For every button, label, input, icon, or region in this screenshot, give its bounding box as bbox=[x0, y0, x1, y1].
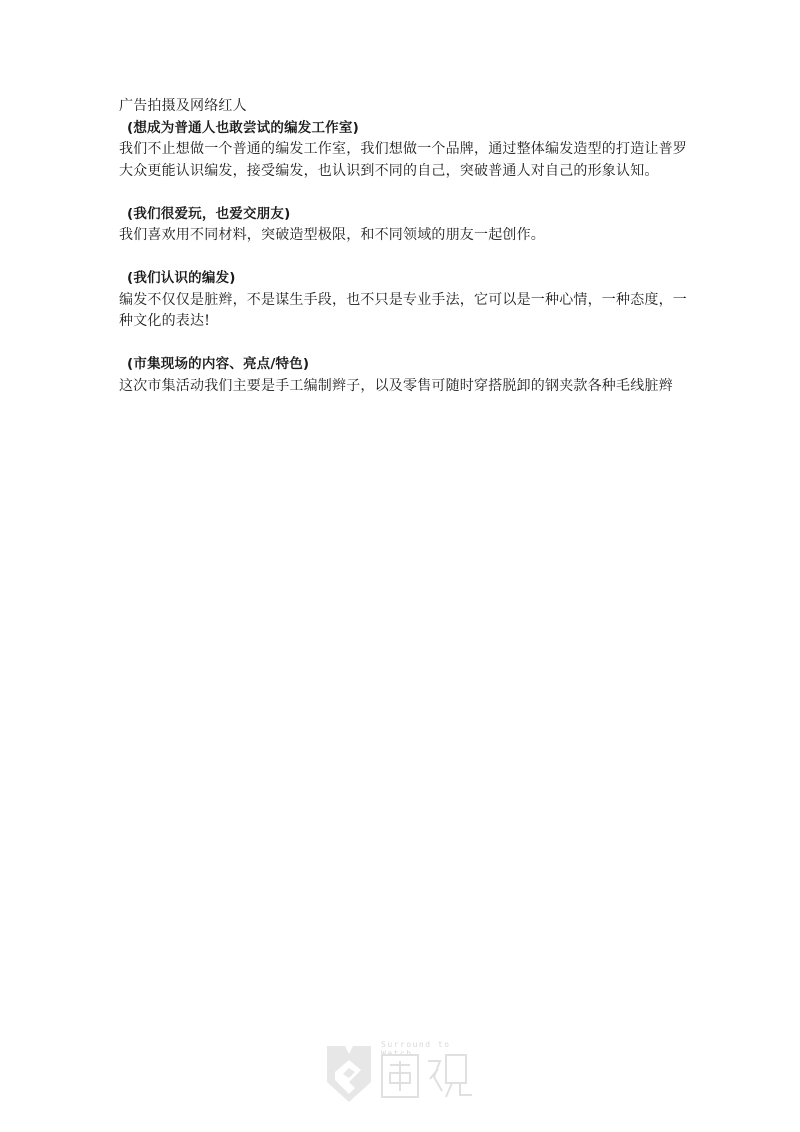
spacer bbox=[119, 333, 689, 355]
paragraph-line: 编发不仅仅是脏辫，不是谋生手段，也不只是专业手法，它可以是一种心情，一种态度，一 bbox=[119, 290, 689, 312]
section-play: (我们很爱玩，也爱交朋友) 我们喜欢用不同材料，突破造型极限，和不同领域的朋友一… bbox=[119, 204, 689, 247]
section-studio: (想成为普通人也敢尝试的编发工作室) 我们不止想做一个普通的编发工作室，我们想做… bbox=[119, 118, 689, 183]
section-heading: (市集现场的内容、亮点/特色) bbox=[119, 354, 689, 376]
section-braids: (我们认识的编发) 编发不仅仅是脏辫，不是谋生手段，也不只是专业手法，它可以是一… bbox=[119, 268, 689, 333]
paragraph-line: 这次市集活动我们主要是手工编制辫子，以及零售可随时穿搭脱卸的钢夹款各种毛线脏辫 bbox=[119, 376, 689, 398]
paragraph-line: 我们喜欢用不同材料，突破造型极限，和不同领域的朋友一起创作。 bbox=[119, 225, 689, 247]
paragraph-line: 我们不止想做一个普通的编发工作室，我们想做一个品牌，通过整体编发造型的打造让普罗 bbox=[119, 139, 689, 161]
paragraph-line: 种文化的表达! bbox=[119, 311, 689, 333]
watermark: Surround to Watch bbox=[325, 1040, 480, 1105]
paragraph-line: 大众更能认识编发，接受编发，也认识到不同的自己，突破普通人对自己的形象认知。 bbox=[119, 161, 689, 183]
spacer bbox=[119, 182, 689, 204]
spacer bbox=[119, 247, 689, 269]
watermark-chars-icon bbox=[380, 1051, 480, 1105]
document-page: 广告拍摄及网络红人 (想成为普通人也敢尝试的编发工作室) 我们不止想做一个普通的… bbox=[119, 96, 689, 397]
section-heading: (我们很爱玩，也爱交朋友) bbox=[119, 204, 689, 226]
section-heading: (想成为普通人也敢尝试的编发工作室) bbox=[119, 118, 689, 140]
section-heading: (我们认识的编发) bbox=[119, 268, 689, 290]
shield-logo-icon bbox=[325, 1042, 373, 1108]
document-title: 广告拍摄及网络红人 bbox=[119, 96, 689, 118]
section-market: (市集现场的内容、亮点/特色) 这次市集活动我们主要是手工编制辫子，以及零售可随… bbox=[119, 354, 689, 397]
